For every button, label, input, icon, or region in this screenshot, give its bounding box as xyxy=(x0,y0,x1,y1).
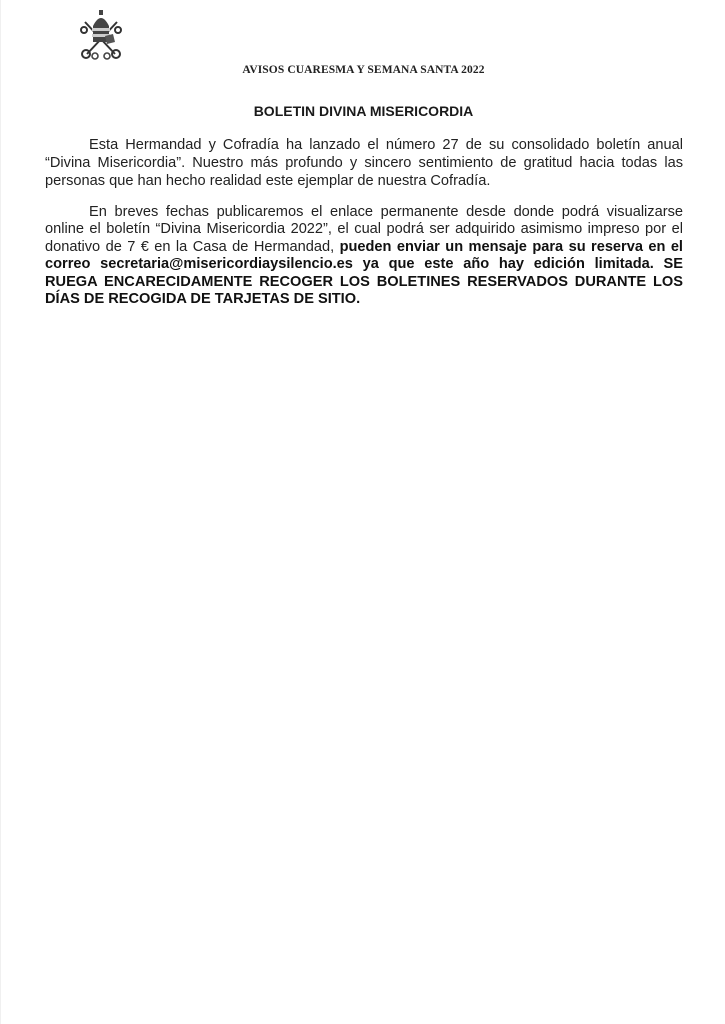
bulletin-title: BOLETIN DIVINA MISERICORDIA xyxy=(1,103,725,119)
coat-of-arms-icon xyxy=(77,8,125,64)
paragraph-reservation: En breves fechas publicaremos el enlace … xyxy=(45,204,683,308)
paragraph-intro-text: Esta Hermandad y Cofradía ha lanzado el … xyxy=(45,136,683,190)
document-page: AVISOS CUARESMA Y SEMANA SANTA 2022 BOLE… xyxy=(0,0,725,1024)
notice-header: AVISOS CUARESMA Y SEMANA SANTA 2022 xyxy=(1,64,725,76)
paragraph-intro: Esta Hermandad y Cofradía ha lanzado el … xyxy=(45,136,683,190)
